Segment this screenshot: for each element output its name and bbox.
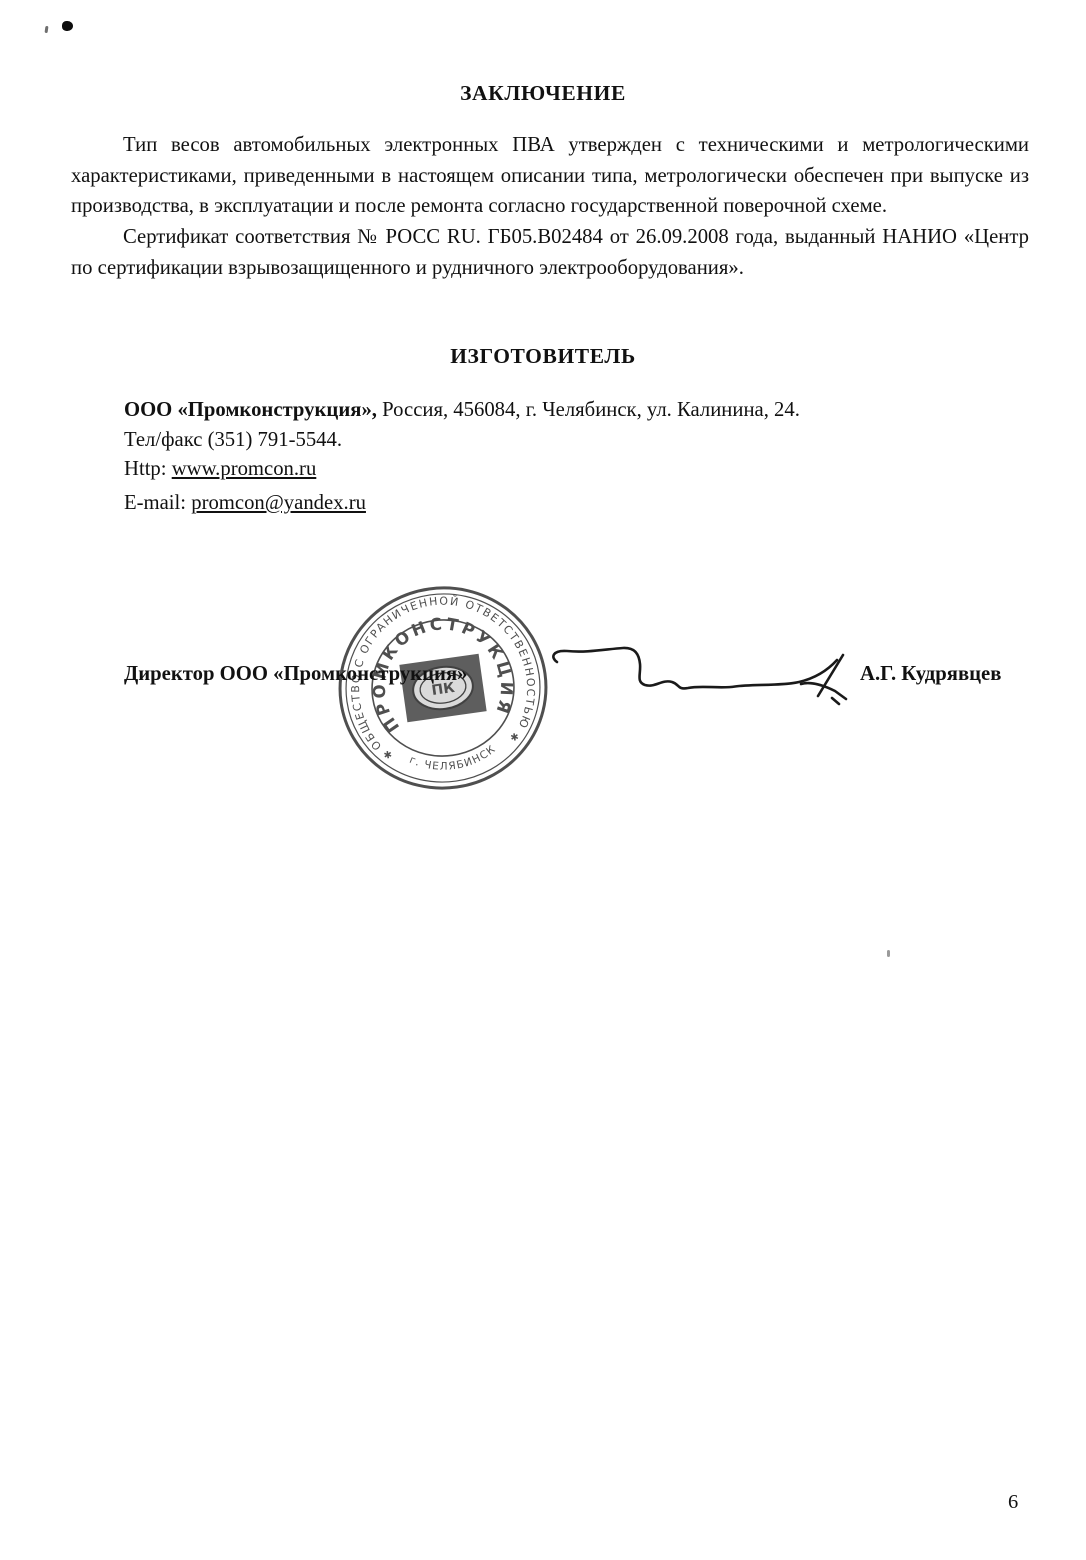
email-link: promcon@yandex.ru xyxy=(191,492,366,514)
signature-tick xyxy=(832,698,839,704)
page-number: 6 xyxy=(1008,1491,1018,1514)
signature-tail-stroke xyxy=(801,683,846,699)
scan-speck xyxy=(887,950,890,957)
signature-main-stroke xyxy=(553,648,837,688)
website-line: Http: www.promcon.ru xyxy=(124,455,954,485)
company-stamp: ОБЩЕСТВО С ОГРАНИЧЕННОЙ ОТВЕТСТВЕННОСТЬЮ… xyxy=(335,582,551,794)
scanned-document-page: ЗАКЛЮЧЕНИЕ Тип весов автомобильных элект… xyxy=(0,0,1086,1560)
email-line: E-mail: promcon@yandex.ru xyxy=(124,489,954,519)
website-link: www.promcon.ru xyxy=(172,458,317,480)
conclusion-body: Тип весов автомобильных электронных ПВА … xyxy=(71,130,1029,284)
stamp-star-right: ✱ xyxy=(510,732,520,744)
manufacturer-info: ООО «Промконструкция», Россия, 456084, г… xyxy=(124,396,954,518)
director-title: Директор ООО «Промконструкция» xyxy=(124,663,467,686)
email-label: E-mail: xyxy=(124,492,191,514)
stamp-group: ОБЩЕСТВО С ОГРАНИЧЕННОЙ ОТВЕТСТВЕННОСТЬЮ… xyxy=(335,582,551,794)
company-name: ООО «Промконструкция», xyxy=(124,399,377,421)
stamp-star-left: ✱ xyxy=(383,750,393,762)
scan-speck xyxy=(45,26,49,33)
manufacturer-heading: ИЗГОТОВИТЕЛЬ xyxy=(0,344,1086,369)
director-name: А.Г. Кудрявцев xyxy=(860,663,1001,686)
conclusion-heading: ЗАКЛЮЧЕНИЕ xyxy=(0,81,1086,106)
scan-speck xyxy=(62,21,73,31)
paragraph-certificate: Сертификат соответствия № РОСС RU. ГБ05.… xyxy=(71,222,1029,283)
paragraph-type-approval: Тип весов автомобильных электронных ПВА … xyxy=(71,130,1029,222)
company-address-line: ООО «Промконструкция», Россия, 456084, г… xyxy=(124,396,954,426)
website-label: Http: xyxy=(124,458,172,480)
phone-line: Тел/факс (351) 791-5544. xyxy=(124,426,954,456)
director-signature xyxy=(535,622,865,732)
company-address: Россия, 456084, г. Челябинск, ул. Калини… xyxy=(377,399,800,421)
stamp-city-text: г. ЧЕЛЯБИНСК xyxy=(406,742,500,778)
